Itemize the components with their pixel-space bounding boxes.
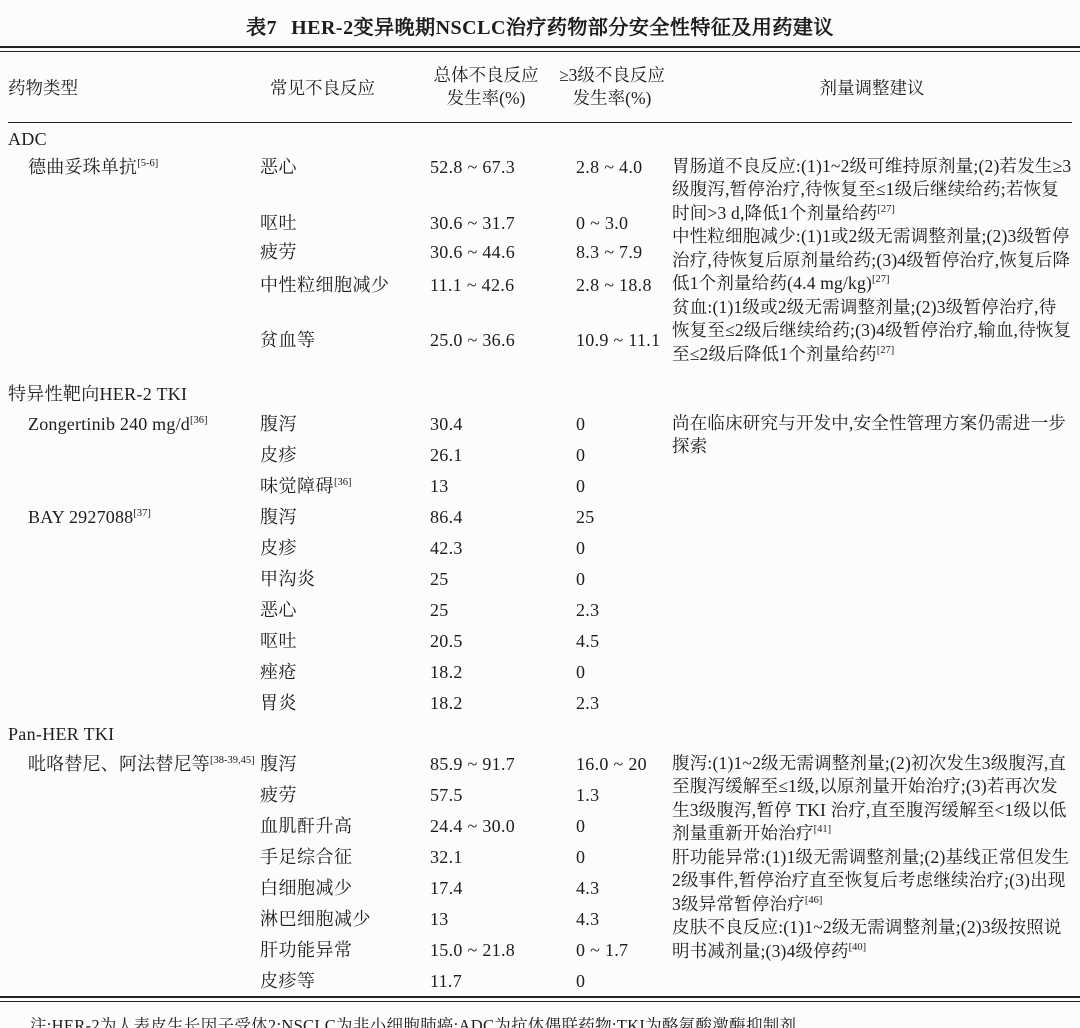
grade3-rate-value: 0: [556, 408, 672, 439]
col-header-drug-type: 药物类型: [8, 52, 260, 123]
grade3-rate-value: 4.3: [556, 903, 672, 934]
overall-rate-value: 11.7: [430, 965, 556, 996]
adverse-event-cell: 胃炎: [260, 687, 430, 718]
section-name: Pan-HER TKI: [8, 718, 1072, 748]
overall-rate-value: 11.1 ~ 42.6: [430, 269, 556, 324]
adverse-event-label: 疲劳: [260, 785, 297, 805]
drug-name-cell: 吡咯替尼、阿法替尼等[38-39,45]: [8, 748, 260, 996]
adverse-event-label: 血肌酐升高: [260, 816, 353, 836]
section-name: 特异性靶向HER-2 TKI: [8, 378, 1072, 408]
dose-advice-cell: 尚在临床研究与开发中,安全性管理方案仍需进一步探索: [672, 408, 1072, 718]
overall-rate-value: 15.0 ~ 21.8: [430, 934, 556, 965]
adverse-event-label: 甲沟炎: [260, 569, 316, 589]
adverse-event-label: 疲劳: [260, 242, 297, 262]
drug-name-cell: 德曲妥珠单抗[5-6]: [8, 151, 260, 378]
adverse-event-cell: 腹泻: [260, 748, 430, 779]
overall-rate-value: 30.6 ~ 31.7: [430, 207, 556, 236]
reference-superscript: [37]: [133, 508, 151, 519]
overall-rate-value: 57.5: [430, 779, 556, 810]
drug-name: 吡咯替尼、阿法替尼等: [28, 754, 210, 774]
safety-table: 药物类型 常见不良反应 总体不良反应 发生率(%) ≥3级不良反应 发生率(%)…: [8, 52, 1072, 996]
adverse-event-cell: 甲沟炎: [260, 563, 430, 594]
overall-rate-value: 13: [430, 470, 556, 501]
reference-superscript: [27]: [877, 345, 895, 356]
reference-superscript: [36]: [334, 477, 352, 488]
adverse-event-label: 呕吐: [260, 631, 297, 651]
adverse-event-cell: 痤疮: [260, 656, 430, 687]
adverse-event-label: 味觉障碍: [260, 476, 334, 496]
section-row: ADC: [8, 123, 1072, 151]
section-row: 特异性靶向HER-2 TKI: [8, 378, 1072, 408]
adverse-event-cell: 皮疹: [260, 439, 430, 470]
adverse-event-cell: 腹泻: [260, 501, 430, 532]
grade3-rate-value: 0: [556, 532, 672, 563]
header-row: 药物类型 常见不良反应 总体不良反应 发生率(%) ≥3级不良反应 发生率(%)…: [8, 52, 1072, 123]
table-row: 德曲妥珠单抗[5-6]恶心52.8 ~ 67.32.8 ~ 4.0胃肠道不良反应…: [8, 151, 1072, 207]
grade3-rate-value: 2.8 ~ 4.0: [556, 151, 672, 207]
dose-advice-text: 胃肠道不良反应:(1)1~2级可维持原剂量;(2)若发生≥3级腹泻,暂停治疗,待…: [672, 156, 1071, 223]
adverse-event-cell: 血肌酐升高: [260, 810, 430, 841]
dose-advice-text: 贫血:(1)1级或2级无需调整剂量;(2)3级暂停治疗,待恢复至≤2级后继续给药…: [672, 297, 1071, 364]
grade3-rate-value: 4.3: [556, 872, 672, 903]
grade3-rate-value: 8.3 ~ 7.9: [556, 236, 672, 269]
adverse-event-cell: 中性粒细胞减少: [260, 269, 430, 324]
grade3-rate-value: 0: [556, 656, 672, 687]
grade3-rate-value: 1.3: [556, 779, 672, 810]
adverse-event-cell: 肝功能异常: [260, 934, 430, 965]
reference-superscript: [38-39,45]: [210, 755, 255, 766]
reference-superscript: [40]: [849, 942, 867, 953]
adverse-event-cell: 白细胞减少: [260, 872, 430, 903]
dose-advice-paragraph: 皮肤不良反应:(1)1~2级无需调整剂量;(2)3级按照说明书减剂量;(3)4级…: [672, 916, 1072, 963]
dose-advice-text: 肝功能异常:(1)1级无需调整剂量;(2)基线正常但发生2级事件,暂停治疗直至恢…: [672, 847, 1069, 914]
overall-rate-value: 30.6 ~ 44.6: [430, 236, 556, 269]
adverse-event-label: 肝功能异常: [260, 940, 353, 960]
reference-superscript: [41]: [814, 824, 832, 835]
grade3-rate-value: 0: [556, 965, 672, 996]
adverse-event-label: 腹泻: [260, 754, 297, 774]
overall-rate-value: 20.5: [430, 625, 556, 656]
adverse-event-cell: 恶心: [260, 594, 430, 625]
dose-advice-text: 皮肤不良反应:(1)1~2级无需调整剂量;(2)3级按照说明书减剂量;(3)4级…: [672, 917, 1062, 961]
table-row: 吡咯替尼、阿法替尼等[38-39,45]腹泻85.9 ~ 91.716.0 ~ …: [8, 748, 1072, 779]
grade3-rate-value: 0: [556, 563, 672, 594]
reference-superscript: [5-6]: [137, 158, 158, 169]
dose-advice-text: 尚在临床研究与开发中,安全性管理方案仍需进一步探索: [672, 413, 1066, 457]
table-row: Zongertinib 240 mg/d[36]腹泻30.40尚在临床研究与开发…: [8, 408, 1072, 439]
overall-rate-value: 25: [430, 594, 556, 625]
overall-rate-value: 42.3: [430, 532, 556, 563]
drug-name: 德曲妥珠单抗: [28, 157, 137, 177]
adverse-event-cell: 腹泻: [260, 408, 430, 439]
overall-rate-value: 32.1: [430, 841, 556, 872]
adverse-event-label: 中性粒细胞减少: [260, 275, 390, 295]
overall-rate-value: 25: [430, 563, 556, 594]
overall-rate-value: 30.4: [430, 408, 556, 439]
overall-rate-value: 18.2: [430, 687, 556, 718]
grade3-rate-value: 0: [556, 439, 672, 470]
adverse-event-cell: 皮疹: [260, 532, 430, 563]
drug-name: Zongertinib 240 mg/d: [28, 414, 190, 434]
adverse-event-label: 淋巴细胞减少: [260, 909, 371, 929]
adverse-event-cell: 贫血等: [260, 324, 430, 378]
table-figure: 表7 HER-2变异晚期NSCLC治疗药物部分安全性特征及用药建议 药物类型 常…: [0, 0, 1080, 1028]
adverse-event-cell: 皮疹等: [260, 965, 430, 996]
section-name: ADC: [8, 123, 1072, 151]
grade3-rate-value: 16.0 ~ 20: [556, 748, 672, 779]
grade3-rate-value: 25: [556, 501, 672, 532]
adverse-event-label: 痤疮: [260, 662, 297, 682]
grade3-rate-value: 2.3: [556, 594, 672, 625]
grade3-rate-value: 4.5: [556, 625, 672, 656]
dose-advice-text: 腹泻:(1)1~2级无需调整剂量;(2)初次发生3级腹泻,直至腹泻缓解至≤1级,…: [672, 753, 1067, 844]
adverse-event-label: 恶心: [260, 600, 297, 620]
adverse-event-label: 腹泻: [260, 414, 297, 434]
grade3-rate-value: 0: [556, 810, 672, 841]
overall-rate-value: 52.8 ~ 67.3: [430, 151, 556, 207]
col-header-overall-rate-line2: 发生率(%): [430, 87, 542, 110]
col-header-overall-rate: 总体不良反应 发生率(%): [430, 52, 556, 123]
overall-rate-value: 85.9 ~ 91.7: [430, 748, 556, 779]
reference-superscript: [36]: [190, 415, 208, 426]
drug-name: BAY 2927088: [28, 507, 133, 527]
adverse-event-cell: 疲劳: [260, 236, 430, 269]
grade3-rate-value: 0 ~ 1.7: [556, 934, 672, 965]
dose-advice-paragraph: 中性粒细胞减少:(1)1或2级无需调整剂量;(2)3级暂停治疗,待恢复后原剂量给…: [672, 225, 1072, 296]
reference-superscript: [27]: [877, 204, 895, 215]
grade3-rate-value: 0: [556, 470, 672, 501]
dose-advice-paragraph: 胃肠道不良反应:(1)1~2级可维持原剂量;(2)若发生≥3级腹泻,暂停治疗,待…: [672, 155, 1072, 226]
adverse-event-label: 贫血等: [260, 330, 316, 350]
dose-advice-cell: 胃肠道不良反应:(1)1~2级可维持原剂量;(2)若发生≥3级腹泻,暂停治疗,待…: [672, 151, 1072, 378]
dose-advice-paragraph: 肝功能异常:(1)1级无需调整剂量;(2)基线正常但发生2级事件,暂停治疗直至恢…: [672, 846, 1072, 917]
drug-name-cell: BAY 2927088[37]: [8, 501, 260, 718]
col-header-dose-advice: 剂量调整建议: [672, 52, 1072, 123]
col-header-common-ae: 常见不良反应: [260, 52, 430, 123]
adverse-event-cell: 淋巴细胞减少: [260, 903, 430, 934]
table-note: 注:HER-2为人表皮生长因子受体2;NSCLC为非小细胞肺癌;ADC为抗体偶联…: [0, 1002, 1080, 1028]
adverse-event-label: 手足综合征: [260, 847, 353, 867]
overall-rate-value: 25.0 ~ 36.6: [430, 324, 556, 378]
adverse-event-label: 呕吐: [260, 213, 297, 233]
adverse-event-cell: 呕吐: [260, 625, 430, 656]
overall-rate-value: 13: [430, 903, 556, 934]
adverse-event-label: 皮疹等: [260, 971, 316, 991]
dose-advice-cell: 腹泻:(1)1~2级无需调整剂量;(2)初次发生3级腹泻,直至腹泻缓解至≤1级,…: [672, 748, 1072, 996]
col-header-grade3-rate-line2: 发生率(%): [547, 87, 677, 110]
dose-advice-paragraph: 尚在临床研究与开发中,安全性管理方案仍需进一步探索: [672, 412, 1072, 459]
grade3-rate-value: 0 ~ 3.0: [556, 207, 672, 236]
col-header-overall-rate-line1: 总体不良反应: [430, 64, 542, 87]
table-number: 表7: [246, 11, 277, 40]
adverse-event-cell: 呕吐: [260, 207, 430, 236]
adverse-event-cell: 疲劳: [260, 779, 430, 810]
grade3-rate-value: 10.9 ~ 11.1: [556, 324, 672, 378]
adverse-event-cell: 手足综合征: [260, 841, 430, 872]
dose-advice-paragraph: 贫血:(1)1级或2级无需调整剂量;(2)3级暂停治疗,待恢复至≤2级后继续给药…: [672, 296, 1072, 367]
reference-superscript: [27]: [872, 274, 890, 285]
overall-rate-value: 17.4: [430, 872, 556, 903]
dose-advice-paragraph: 腹泻:(1)1~2级无需调整剂量;(2)初次发生3级腹泻,直至腹泻缓解至≤1级,…: [672, 752, 1072, 846]
grade3-rate-value: 0: [556, 841, 672, 872]
adverse-event-cell: 恶心: [260, 151, 430, 207]
col-header-grade3-rate-line1: ≥3级不良反应: [547, 64, 677, 87]
adverse-event-label: 白细胞减少: [260, 878, 353, 898]
drug-name-cell: Zongertinib 240 mg/d[36]: [8, 408, 260, 501]
col-header-grade3-rate: ≥3级不良反应 发生率(%): [556, 52, 672, 123]
reference-superscript: [46]: [805, 895, 823, 906]
overall-rate-value: 26.1: [430, 439, 556, 470]
adverse-event-label: 腹泻: [260, 507, 297, 527]
overall-rate-value: 18.2: [430, 656, 556, 687]
grade3-rate-value: 2.8 ~ 18.8: [556, 269, 672, 324]
section-row: Pan-HER TKI: [8, 718, 1072, 748]
overall-rate-value: 24.4 ~ 30.0: [430, 810, 556, 841]
overall-rate-value: 86.4: [430, 501, 556, 532]
grade3-rate-value: 2.3: [556, 687, 672, 718]
table-title-text: HER-2变异晚期NSCLC治疗药物部分安全性特征及用药建议: [291, 11, 834, 40]
adverse-event-label: 皮疹: [260, 445, 297, 465]
adverse-event-label: 皮疹: [260, 538, 297, 558]
table-title: 表7 HER-2变异晚期NSCLC治疗药物部分安全性特征及用药建议: [0, 0, 1080, 46]
adverse-event-cell: 味觉障碍[36]: [260, 470, 430, 501]
adverse-event-label: 恶心: [260, 157, 297, 177]
adverse-event-label: 胃炎: [260, 693, 297, 713]
